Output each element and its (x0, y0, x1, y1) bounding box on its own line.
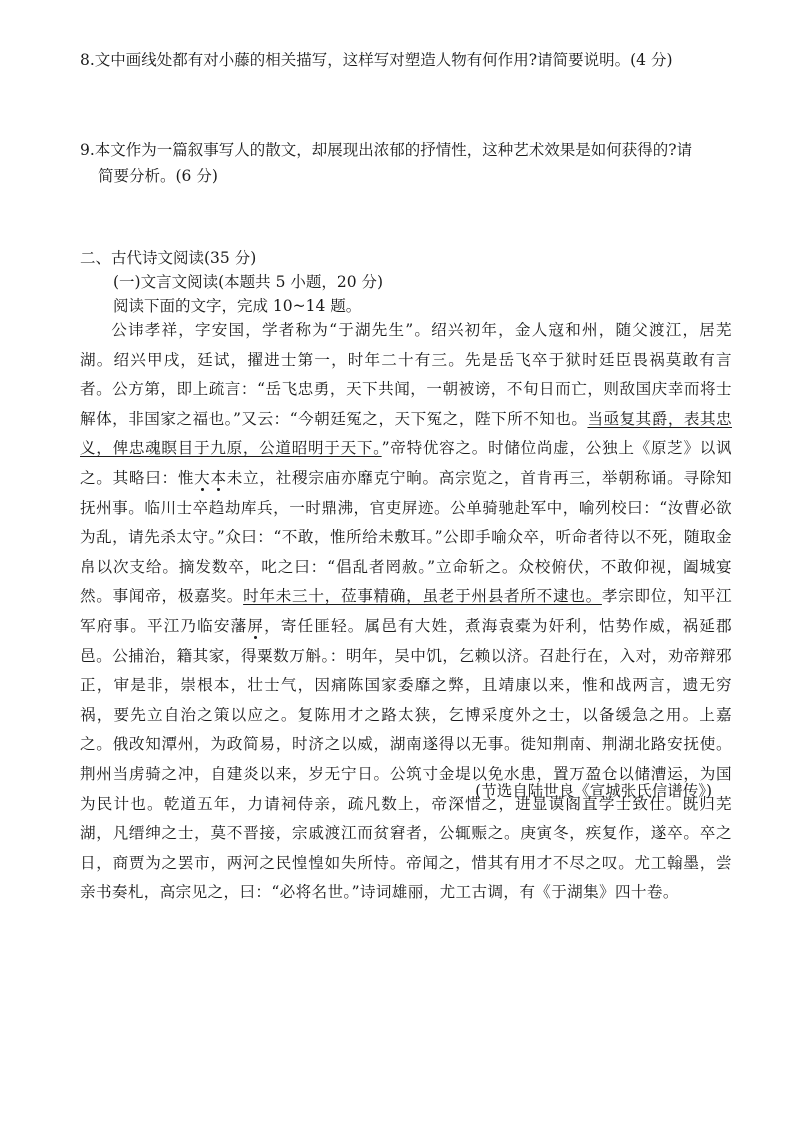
underlined-sentence-2: 时年未三十，莅事精确，虽老于州县者所不逮也。 (243, 587, 602, 605)
passage-text: 未立，社稷宗庙亦靡克宁晌。高宗览之，首肯再三，举朝称诵。寻除知抚州事。临川士卒趋… (80, 469, 732, 605)
instruction: 阅读下面的文字，完成 10~14 题。 (113, 295, 361, 317)
emphasis-dot-char: 大 (194, 469, 210, 487)
question-9: 9.本文作为一篇叙事写人的散文，却展现出浓郁的抒情性，这种艺术效果是如何获得的?… (80, 137, 730, 189)
emphasis-dot-char: 屏 (247, 617, 264, 635)
section-title: 二、古代诗文阅读(35 分) (80, 247, 256, 269)
passage-source: (节选自陆世良《宣城张氏信谱传》) (475, 780, 712, 802)
question-8: 8.文中画线处都有对小藤的相关描写，这样写对塑造人物有何作用?请简要说明。(4 … (80, 47, 730, 73)
emphasis-dot-char: 本 (210, 469, 226, 487)
exam-page: 8.文中画线处都有对小藤的相关描写，这样写对塑造人物有何作用?请简要说明。(4 … (0, 0, 800, 1131)
question-text: 本文作为一篇叙事写人的散文，却展现出浓郁的抒情性，这种艺术效果是如何获得的?请 (95, 141, 692, 159)
question-number: 8. (80, 51, 95, 69)
question-number: 9. (80, 141, 95, 159)
question-text-continued: 简要分析。(6 分) (80, 163, 730, 189)
question-text: 文中画线处都有对小藤的相关描写，这样写对塑造人物有何作用?请简要说明。(4 分) (95, 51, 673, 69)
passage-text: ，寄任匪轻。属邑有大姓，煮海袁橐为奸利，怙势作威，祸延郡邑。公捕治，籍其家，得粟… (80, 617, 732, 901)
subsection-title: (一)文言文阅读(本题共 5 小题，20 分) (113, 271, 383, 293)
classical-passage: 公讳孝祥，字安国，学者称为“于湖先生”。绍兴初年，金人寇和州，随父渡江，居芜湖。… (80, 316, 732, 908)
